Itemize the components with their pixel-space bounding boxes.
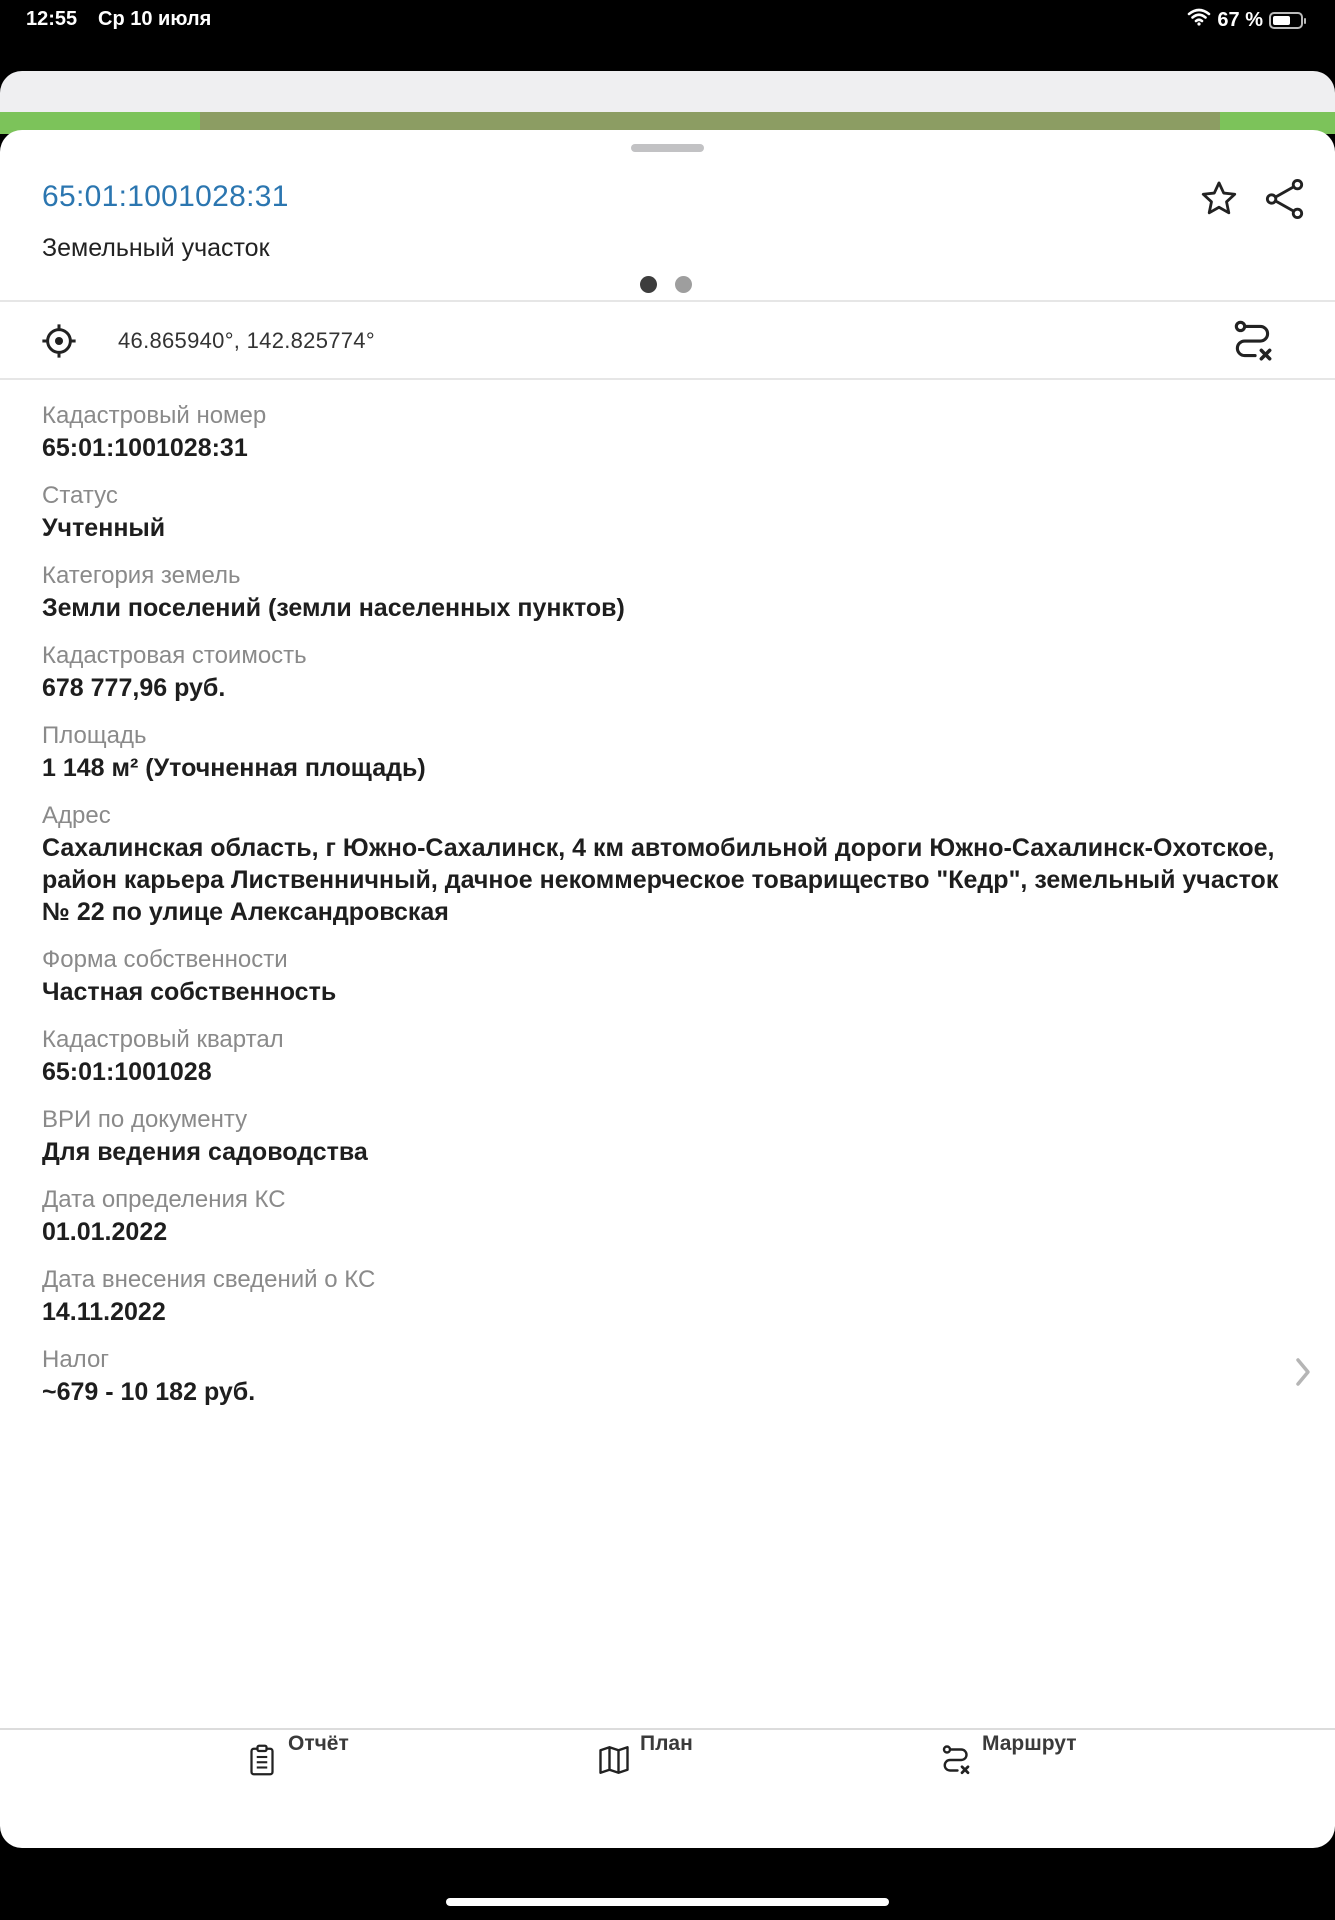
parcel-details-sheet: 65:01:1001028:31 Земельный участок [0, 130, 1335, 1848]
page-dot-2[interactable] [675, 276, 692, 293]
parcel-fields-list: Кадастровый номер65:01:1001028:31СтатусУ… [42, 400, 1292, 1424]
clipboard-report-icon [244, 1742, 280, 1778]
parcel-type: Земельный участок [42, 234, 270, 263]
star-outline-icon [1198, 178, 1240, 220]
sheet-drag-handle[interactable] [631, 144, 704, 152]
field-value: Для ведения садоводства [42, 1136, 1292, 1168]
tab-plan-label: План [640, 1732, 693, 1756]
field-label: Дата внесения сведений о КС [42, 1264, 1292, 1296]
crosshair-target-icon [38, 320, 80, 362]
field-value: 01.01.2022 [42, 1216, 1292, 1248]
status-date: Ср 10 июля [98, 8, 211, 31]
field-value: Частная собственность [42, 976, 1292, 1008]
tab-route-label: Маршрут [982, 1732, 1077, 1756]
field-row[interactable]: Налог~679 - 10 182 руб. [42, 1344, 1292, 1408]
field-row: Дата определения КС01.01.2022 [42, 1184, 1292, 1248]
map-icon [596, 1742, 632, 1778]
wifi-icon [1187, 8, 1211, 32]
field-row: Кадастровый квартал65:01:1001028 [42, 1024, 1292, 1088]
route-icon [938, 1742, 974, 1778]
field-label: Налог [42, 1344, 1292, 1376]
status-bar: 12:55 Ср 10 июля 67 % [0, 0, 1335, 40]
field-row: АдресСахалинская область, г Южно-Сахалин… [42, 800, 1292, 928]
share-button[interactable] [1262, 176, 1308, 222]
route-icon [1228, 316, 1278, 366]
coordinates-text[interactable]: 46.865940°, 142.825774° [118, 328, 375, 354]
field-label: Дата определения КС [42, 1184, 1292, 1216]
field-label: Кадастровая стоимость [42, 640, 1292, 672]
field-value: 14.11.2022 [42, 1296, 1292, 1328]
field-row: Кадастровая стоимость678 777,96 руб. [42, 640, 1292, 704]
battery-fill [1273, 16, 1290, 25]
divider [0, 378, 1335, 380]
field-value: 678 777,96 руб. [42, 672, 1292, 704]
field-label: Форма собственности [42, 944, 1292, 976]
coordinates-row[interactable]: 46.865940°, 142.825774° [0, 302, 1335, 378]
field-row: ВРИ по документуДля ведения садоводства [42, 1104, 1292, 1168]
field-label: Кадастровый квартал [42, 1024, 1292, 1056]
home-indicator[interactable] [446, 1898, 889, 1906]
tab-report-label: Отчёт [288, 1732, 349, 1756]
field-value: ~679 - 10 182 руб. [42, 1376, 1292, 1408]
field-row: Форма собственностиЧастная собственность [42, 944, 1292, 1008]
field-row: Площадь1 148 м² (Уточненная площадь) [42, 720, 1292, 784]
field-row: Категория земельЗемли поселений (земли н… [42, 560, 1292, 624]
field-value: Сахалинская область, г Южно-Сахалинск, 4… [42, 832, 1292, 928]
field-row: СтатусУчтенный [42, 480, 1292, 544]
field-label: Статус [42, 480, 1292, 512]
favorite-button[interactable] [1198, 178, 1240, 220]
bottom-action-bar: Отчёт План Маршрут [0, 1728, 1335, 1848]
field-value: Учтенный [42, 512, 1292, 544]
field-label: Кадастровый номер [42, 400, 1292, 432]
chevron-right-icon[interactable] [1288, 1352, 1318, 1392]
field-label: ВРИ по документу [42, 1104, 1292, 1136]
parcel-title[interactable]: 65:01:1001028:31 [42, 180, 289, 214]
status-right: 67 % [1187, 8, 1303, 32]
share-icon [1262, 176, 1308, 222]
field-label: Категория земель [42, 560, 1292, 592]
status-time: 12:55 [26, 8, 77, 31]
field-value: 1 148 м² (Уточненная площадь) [42, 752, 1292, 784]
page-indicator[interactable] [640, 276, 692, 293]
battery-icon [1269, 12, 1303, 29]
field-value: Земли поселений (земли населенных пункто… [42, 592, 1292, 624]
field-value: 65:01:1001028:31 [42, 432, 1292, 464]
route-button[interactable] [1228, 316, 1278, 366]
battery-percent: 67 % [1217, 9, 1263, 32]
field-row: Дата внесения сведений о КС14.11.2022 [42, 1264, 1292, 1328]
field-row: Кадастровый номер65:01:1001028:31 [42, 400, 1292, 464]
field-label: Площадь [42, 720, 1292, 752]
page-dot-1[interactable] [640, 276, 657, 293]
field-label: Адрес [42, 800, 1292, 832]
field-value: 65:01:1001028 [42, 1056, 1292, 1088]
